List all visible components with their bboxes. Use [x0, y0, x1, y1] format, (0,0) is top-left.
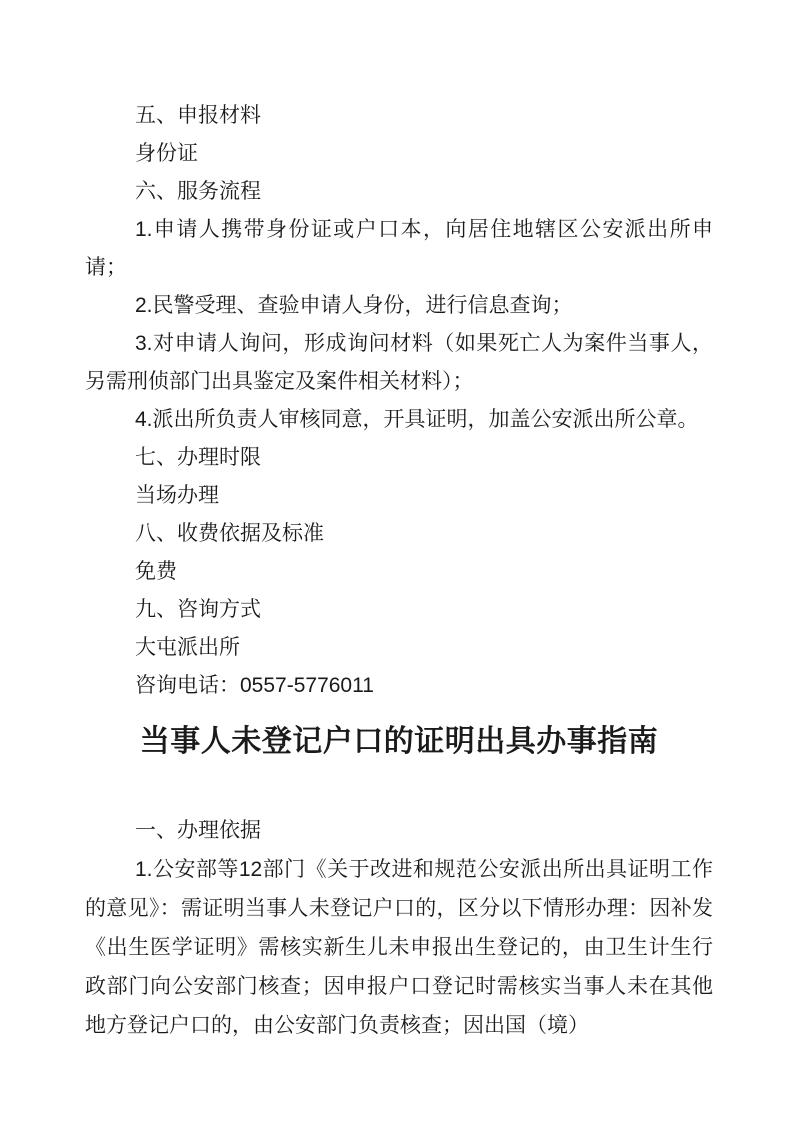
- doc-title: 当事人未登记户口的证明出具办事指南: [85, 715, 713, 769]
- section-basis: 一、办理依据 1.公安部等12部门《关于改进和规范公安派出所出具证明工作的意见》…: [85, 811, 713, 1045]
- police-station-name: 大屯派出所: [85, 629, 713, 667]
- section-6-heading: 六、服务流程: [85, 173, 713, 211]
- process-step-1: 1.申请人携带身份证或户口本，向居住地辖区公安派出所申请；: [85, 211, 713, 287]
- process-step-4: 4.派出所负责人审核同意，开具证明，加盖公安派出所公章。: [85, 401, 713, 439]
- section-8-heading: 八、收费依据及标准: [85, 515, 713, 553]
- section-5-heading: 五、申报材料: [85, 97, 713, 135]
- document-page: 五、申报材料 身份证 六、服务流程 1.申请人携带身份证或户口本，向居住地辖区公…: [0, 0, 793, 1122]
- section-1-heading: 一、办理依据: [85, 811, 713, 850]
- process-step-2: 2.民警受理、查验申请人身份，进行信息查询；: [85, 287, 713, 325]
- time-limit: 当场办理: [85, 477, 713, 515]
- basis-paragraph-1: 1.公安部等12部门《关于改进和规范公安派出所出具证明工作的意见》：需证明当事人…: [85, 850, 713, 1045]
- section-9-heading: 九、咨询方式: [85, 591, 713, 629]
- fee: 免费: [85, 553, 713, 591]
- process-step-3: 3.对申请人询问，形成询问材料（如果死亡人为案件当事人，另需刑侦部门出具鉴定及案…: [85, 325, 713, 401]
- materials-id-card: 身份证: [85, 135, 713, 173]
- phone-line: 咨询电话：0557-5776011: [85, 667, 713, 705]
- section-7-heading: 七、办理时限: [85, 439, 713, 477]
